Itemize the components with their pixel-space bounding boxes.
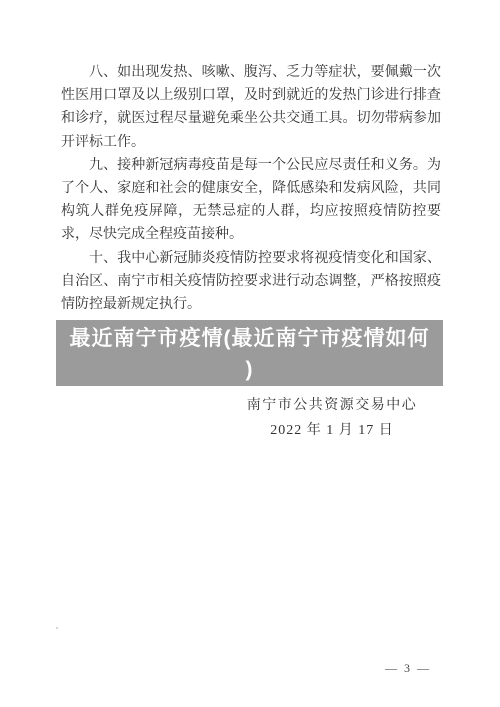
body-paragraph-9: 九、接种新冠病毒疫苗是每一个公民应尽责任和义务。为了个人、家庭和社会的健康安全，… [61, 154, 441, 247]
issue-date: 2022 年 1 月 17 日 [161, 422, 500, 439]
headline-line-2: ) [56, 354, 443, 385]
headline-overlay-banner: 最近南宁市疫情(最近南宁市疫情如何 ) [56, 320, 443, 386]
headline-line-1: 最近南宁市疫情(最近南宁市疫情如何 [56, 323, 443, 354]
scan-speck [56, 627, 58, 629]
body-paragraph-10: 十、我中心新冠肺炎疫情防控要求将视疫情变化和国家、自治区、南宁市相关疫情防控要求… [61, 247, 441, 317]
signoff-block: 南宁市公共资源交易中心 2022 年 1 月 17 日 [161, 397, 500, 439]
notice-body: 八、如出现发热、咳嗽、腹泻、乏力等症状，要佩戴一次性医用口罩及以上级别口罩，及时… [61, 61, 441, 316]
page-number: — 3 — [358, 661, 458, 676]
issuing-organization: 南宁市公共资源交易中心 [161, 397, 500, 414]
document-page: 八、如出现发热、咳嗽、腹泻、乏力等症状，要佩戴一次性医用口罩及以上级别口罩，及时… [0, 0, 500, 707]
body-paragraph-8: 八、如出现发热、咳嗽、腹泻、乏力等症状，要佩戴一次性医用口罩及以上级别口罩，及时… [61, 61, 441, 154]
